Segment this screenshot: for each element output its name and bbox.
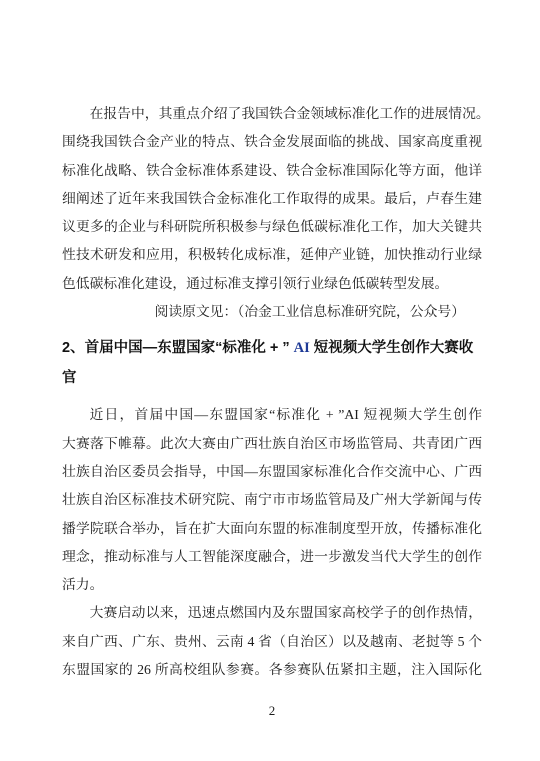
paragraph-contest-participation: 大赛启动以来，迅速点燃国内及东盟国家高校学子的创作热情， 来自广西、广东、贵州、…: [62, 599, 482, 684]
document-page: 在报告中，其重点介绍了我国铁合金领域标准化工作的进展情况。 围绕我国铁合金产业的…: [0, 0, 540, 761]
text-line: 大赛落下帷幕。此次大赛由广西壮族自治区市场监管局、共青团广西: [62, 430, 482, 458]
text-line: 近日，首届中国—东盟国家“标准化 + ”AI 短视频大学生创作: [62, 401, 482, 429]
paragraph-contest-overview: 近日，首届中国—东盟国家“标准化 + ”AI 短视频大学生创作 大赛落下帷幕。此…: [62, 401, 482, 599]
text-line: 大赛启动以来，迅速点燃国内及东盟国家高校学子的创作热情，: [62, 599, 482, 627]
heading-prefix-text: 2、首届中国—东盟国家“标准化 + ”: [62, 340, 290, 356]
text-line: 理念，推动标准与人工智能深度融合，进一步激发当代大学生的创作: [62, 543, 482, 571]
text-line: 标准化战略、铁合金标准体系建设、铁合金标准国际化等方面，他详: [62, 157, 482, 185]
text-line: 来自广西、广东、贵州、云南 4 省（自治区）以及越南、老挝等 5 个: [62, 628, 482, 656]
heading-line-1: 2、首届中国—东盟国家“标准化 + ”AI短视频大学生创作大赛收: [62, 333, 482, 363]
text-line: 播学院联合举办，旨在扩大面向东盟的标准制度型开放，传播标准化: [62, 515, 482, 543]
text-line: 围绕我国铁合金产业的特点、铁合金发展面临的挑战、国家高度重视: [62, 128, 482, 156]
text-line: 壮族自治区委员会指导，中国—东盟国家标准化合作交流中心、广西: [62, 458, 482, 486]
text-line: 在报告中，其重点介绍了我国铁合金领域标准化工作的进展情况。: [62, 100, 482, 128]
section-heading: 2、首届中国—东盟国家“标准化 + ”AI短视频大学生创作大赛收 官: [62, 333, 482, 393]
text-line: 细阐述了近年来我国铁合金标准化工作取得的成果。最后，卢春生建: [62, 185, 482, 213]
text-line: 色低碳标准化建设，通过标准支撑引领行业绿色低碳转型发展。: [62, 270, 482, 298]
text-line: 活力。: [62, 571, 482, 599]
heading-line-2: 官: [62, 363, 482, 393]
text-line: 议更多的企业与科研院所积极参与绿色低碳标准化工作，加大关键共: [62, 213, 482, 241]
page-number: 2: [62, 703, 482, 719]
paragraph-report-summary: 在报告中，其重点介绍了我国铁合金领域标准化工作的进展情况。 围绕我国铁合金产业的…: [62, 100, 482, 298]
text-line: 东盟国家的 26 所高校组队参赛。各参赛队伍紧扣主题，注入国际化: [62, 656, 482, 684]
heading-suffix-text: 短视频大学生创作大赛收: [314, 340, 474, 356]
text-line: 性技术研发和应用，积极转化成标准，延伸产业链，加快推动行业绿: [62, 241, 482, 269]
text-line: 壮族自治区标准技术研究院、南宁市市场监管局及广州大学新闻与传: [62, 486, 482, 514]
source-note: 阅读原文见：（冶金工业信息标准研究院，公众号）: [62, 298, 482, 326]
heading-ai-text: AI: [294, 340, 310, 356]
